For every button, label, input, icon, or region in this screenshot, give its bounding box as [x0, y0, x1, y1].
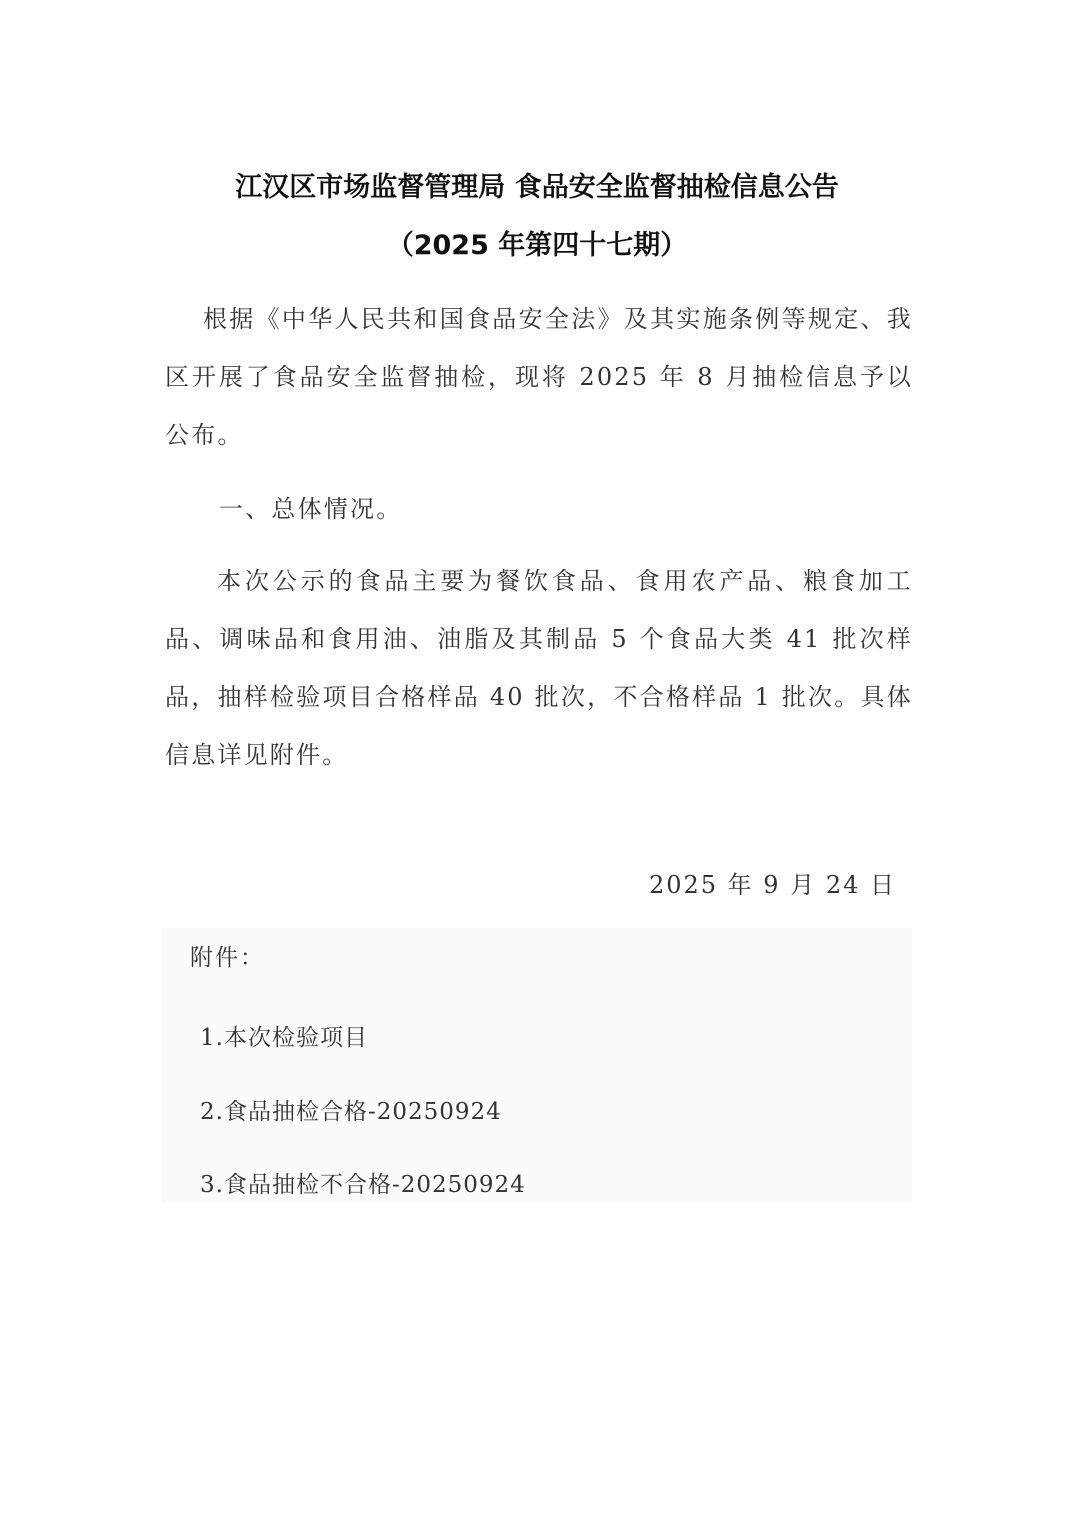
attachment-link-unqualified[interactable]: 3.食品抽检不合格-20250924 — [200, 1165, 526, 1205]
publish-date: 2025 年 9 月 24 日 — [649, 856, 896, 914]
announcement-issue-number: （2025 年第四十七期） — [0, 223, 1074, 262]
attachments-section: 附件： 1.本次检验项目 2.食品抽检合格-20250924 3.食品抽检不合格… — [162, 928, 912, 1203]
document-page: 江汉区市场监督管理局 食品安全监督抽检信息公告 （2025 年第四十七期） 根据… — [0, 0, 1074, 1520]
attachment-link-inspection-items[interactable]: 1.本次检验项目 — [200, 1018, 368, 1058]
section-heading-overview: 一、总体情况。 — [219, 480, 819, 538]
attachment-link-qualified[interactable]: 2.食品抽检合格-20250924 — [200, 1092, 502, 1132]
overview-paragraph: 本次公示的食品主要为餐饮食品、食用农产品、粮食加工品、调味品和食用油、油脂及其制… — [165, 552, 913, 784]
announcement-title: 江汉区市场监督管理局 食品安全监督抽检信息公告 — [0, 165, 1074, 204]
attachments-label: 附件： — [190, 938, 265, 978]
intro-paragraph: 根据《中华人民共和国食品安全法》及其实施条例等规定、我区开展了食品安全监督抽检，… — [165, 290, 913, 464]
